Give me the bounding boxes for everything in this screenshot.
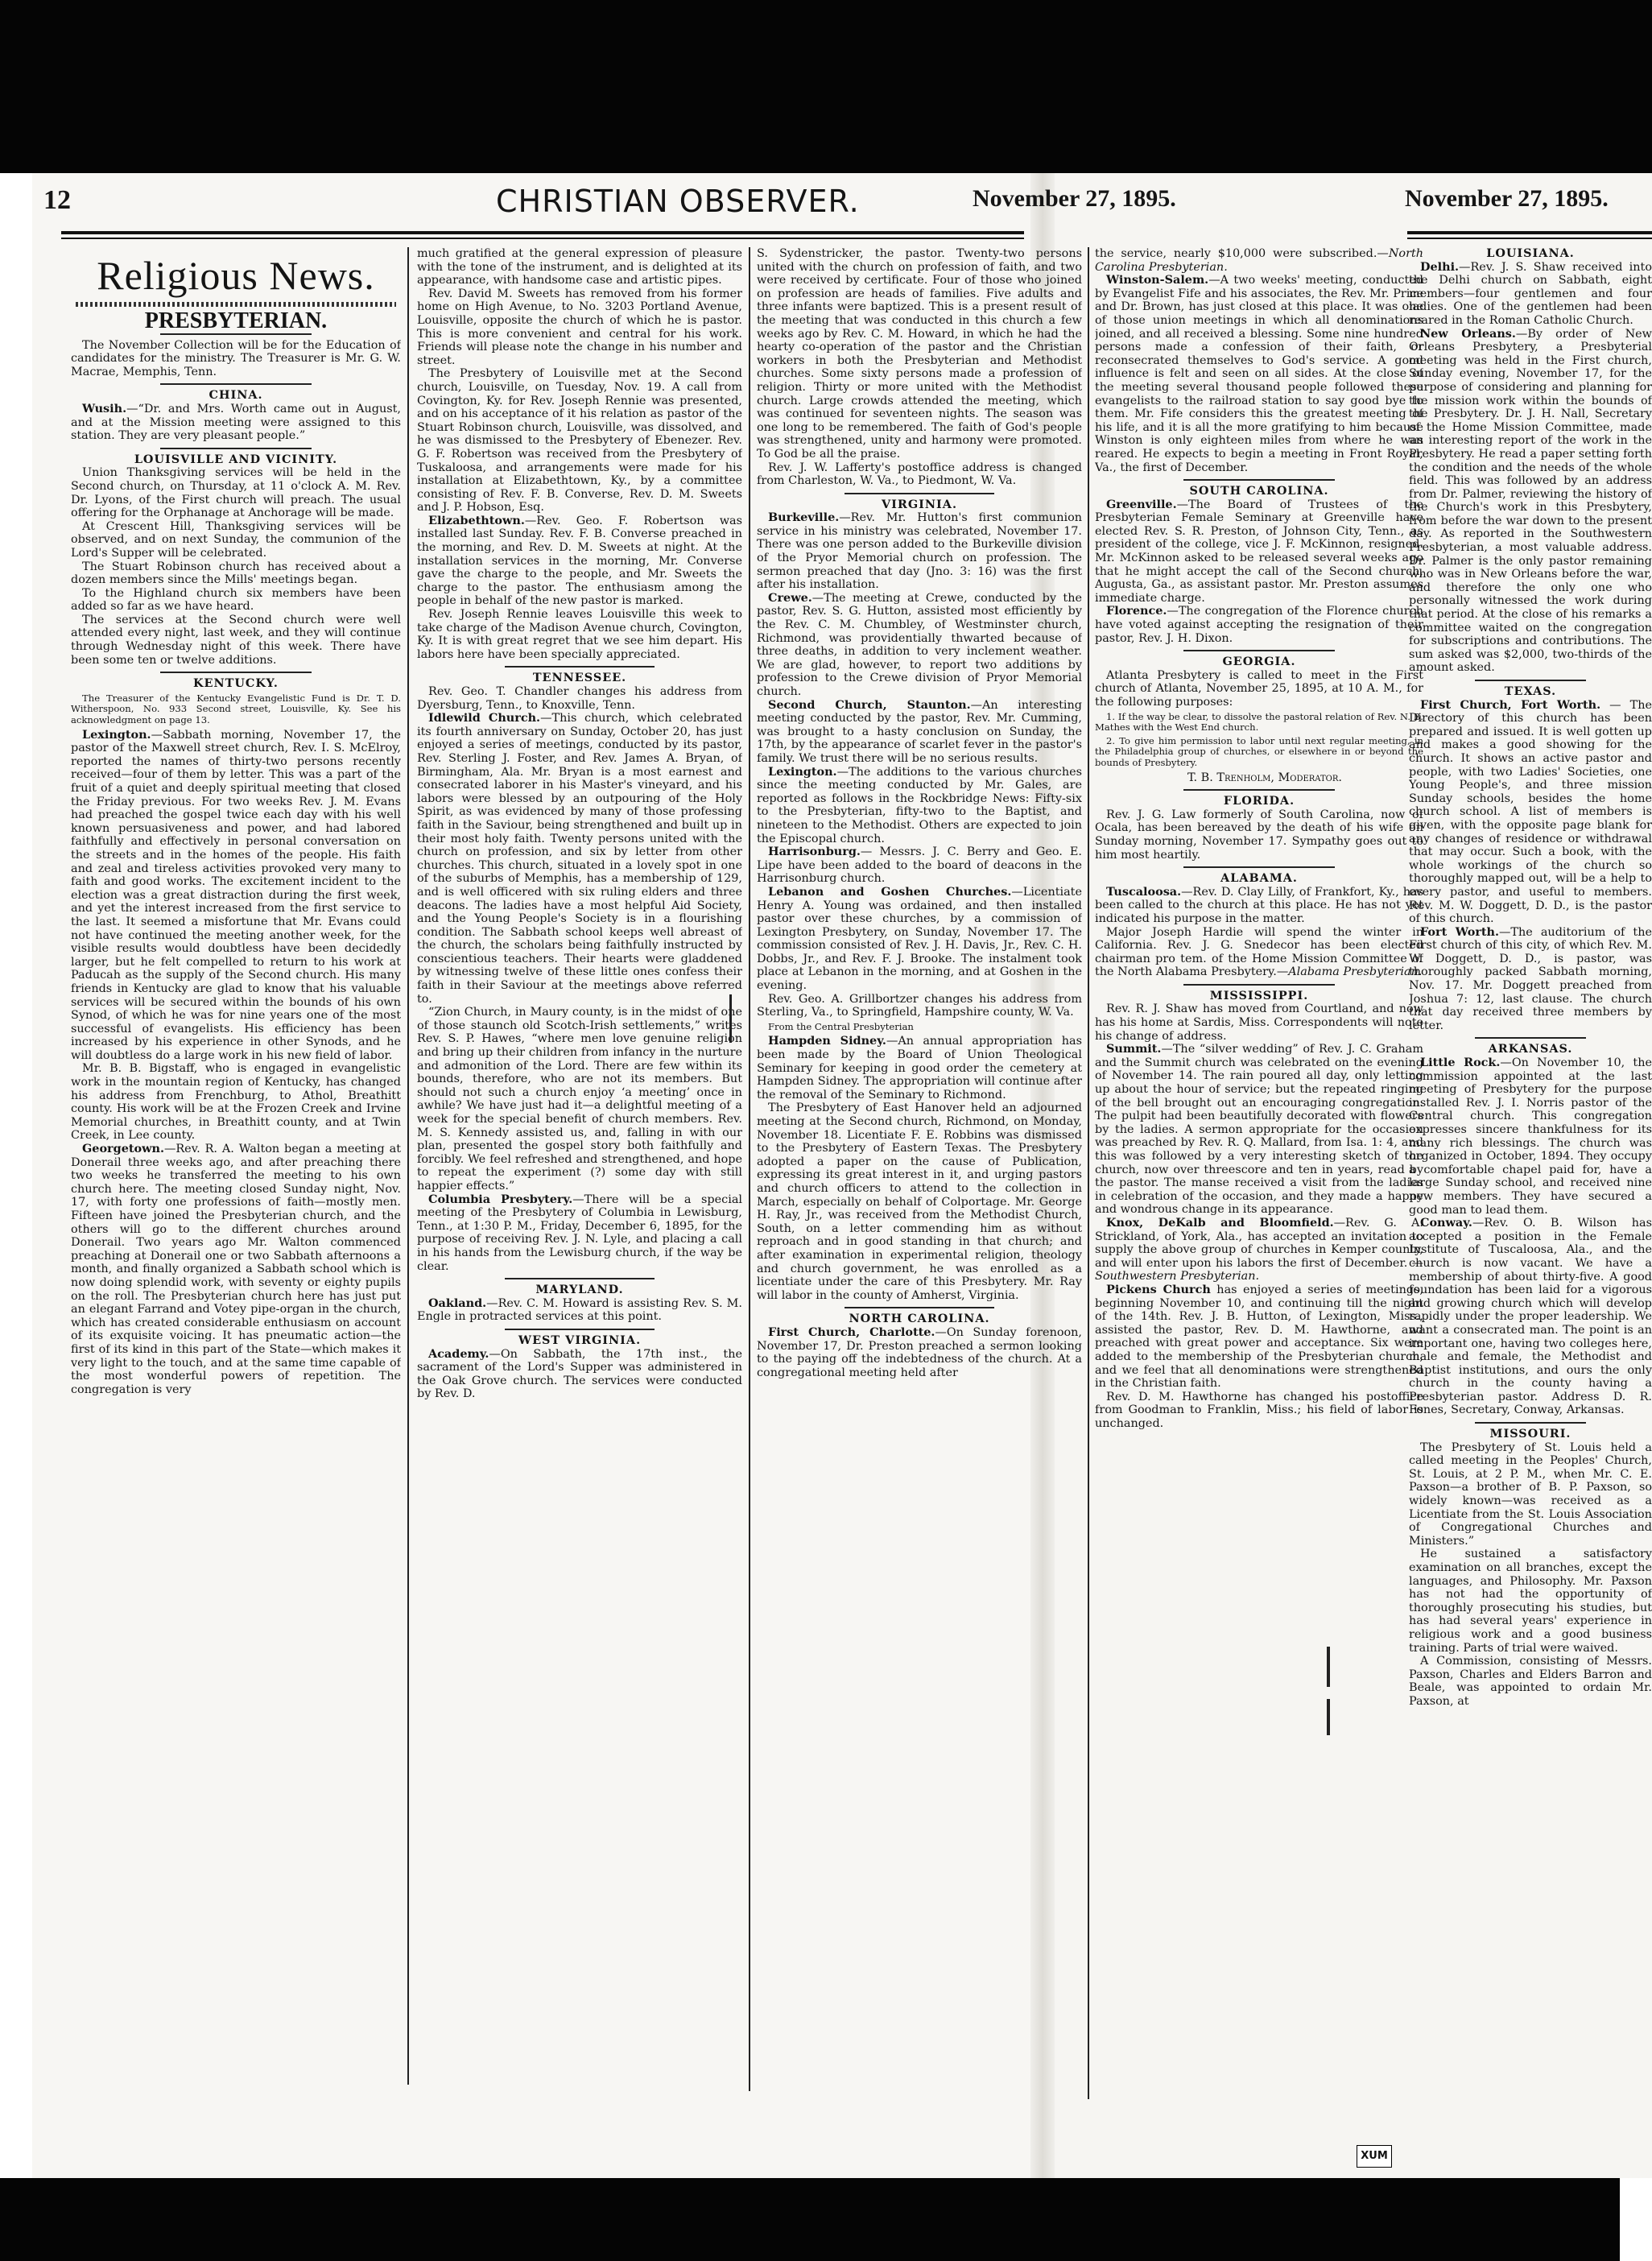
section-heading: SOUTH CAROLINA. bbox=[1095, 485, 1423, 498]
divider bbox=[1183, 866, 1335, 868]
issue-date-left: November 27, 1895. bbox=[973, 185, 1176, 213]
item-text: Union Thanksgiving services will be held… bbox=[71, 466, 401, 519]
news-item: At Crescent Hill, Thanksgiving services … bbox=[71, 520, 401, 560]
page-number: 12 bbox=[43, 185, 71, 216]
news-item: The Presbytery of East Hanover held an a… bbox=[757, 1102, 1082, 1302]
header-rule-right bbox=[1407, 231, 1652, 239]
news-item: Hampden Sidney.—An annual appropriation … bbox=[757, 1035, 1082, 1102]
news-item: Union Thanksgiving services will be held… bbox=[71, 466, 401, 519]
divider bbox=[505, 1278, 655, 1279]
ornamental-rule bbox=[76, 302, 396, 307]
item-text: S. Sydenstricker, the pastor. Twenty-two… bbox=[757, 247, 1082, 461]
divider bbox=[505, 1329, 655, 1330]
news-item: Rev. J. G. Law formerly of South Carolin… bbox=[1095, 808, 1423, 862]
item-text: —Licentiate Henry A. Young was ordained,… bbox=[757, 886, 1082, 992]
divider bbox=[1183, 984, 1335, 986]
news-item: Pickens Church has enjoyed a series of m… bbox=[1095, 1283, 1423, 1391]
news-item: Crewe.—The meeting at Crewe, conducted b… bbox=[757, 592, 1082, 699]
news-item: Second Church, Staunton.—An interesting … bbox=[757, 699, 1082, 766]
item-dateline: Elizabethtown. bbox=[428, 514, 525, 527]
newspaper-page: 12 CHRISTIAN OBSERVER. November 27, 1895… bbox=[32, 173, 1652, 2178]
scan-border-top bbox=[0, 0, 1652, 173]
item-text: Atlanta Presbytery is called to meet in … bbox=[1095, 669, 1423, 709]
item-text: The Stuart Robinson church has received … bbox=[71, 560, 401, 587]
news-item: Elizabethtown.—Rev. Geo. F. Robertson wa… bbox=[417, 515, 742, 608]
divider bbox=[1475, 1422, 1587, 1424]
column-5-partial: LOUISIANA.Delhi.—Rev. J. S. Shaw receive… bbox=[1409, 247, 1652, 2091]
item-text: —Rev. Geo. F. Robertson was installed la… bbox=[417, 515, 742, 608]
notice: From the Central Presbyterian bbox=[757, 1022, 1082, 1033]
item-text: Rev. Geo. A. Grillbortzer changes his ad… bbox=[757, 993, 1082, 1019]
item-text: The Presbytery of East Hanover held an a… bbox=[757, 1102, 1082, 1301]
item-dateline: Oakland. bbox=[428, 1296, 486, 1310]
item-text: “Zion Church, in Maury county, is in the… bbox=[417, 1006, 742, 1193]
margin-mark bbox=[729, 994, 732, 1043]
item-dateline: Georgetown. bbox=[82, 1142, 164, 1155]
divider bbox=[1475, 1037, 1587, 1039]
item-dateline: Winston-Salem. bbox=[1106, 273, 1208, 287]
scan-tag: XUM bbox=[1357, 2145, 1392, 2168]
news-item: The Presbytery of St. Louis held a calle… bbox=[1409, 1441, 1652, 1548]
section-heading: MISSISSIPPI. bbox=[1095, 990, 1423, 1003]
news-item: Knox, DeKalb and Bloomfield.—Rev. G. A. … bbox=[1095, 1217, 1423, 1283]
section-heading: WEST VIRGINIA. bbox=[417, 1334, 742, 1348]
item-dateline: Burkeville. bbox=[768, 510, 839, 524]
item-text: To the Highland church six members have … bbox=[71, 587, 401, 614]
item-dateline: Academy. bbox=[428, 1347, 489, 1361]
news-item: The Presbytery of Louisville met at the … bbox=[417, 367, 742, 515]
news-item: S. Sydenstricker, the pastor. Twenty-two… bbox=[757, 247, 1082, 461]
news-item: Florence.—The congregation of the Floren… bbox=[1095, 605, 1423, 645]
divider bbox=[1183, 479, 1335, 481]
item-dateline: Hampden Sidney. bbox=[768, 1034, 886, 1048]
item-text: The Presbytery of Louisville met at the … bbox=[417, 367, 742, 514]
item-dateline: Fort Worth. bbox=[1420, 925, 1499, 939]
section-heading: LOUISVILLE AND VICINITY. bbox=[71, 453, 401, 467]
item-dateline: Lebanon and Goshen Churches. bbox=[768, 885, 1011, 899]
news-item: Oakland.—Rev. C. M. Howard is assisting … bbox=[417, 1297, 742, 1324]
news-item: Tuscaloosa.—Rev. D. Clay Lilly, of Frank… bbox=[1095, 886, 1423, 926]
news-item: Rev. Geo. A. Grillbortzer changes his ad… bbox=[757, 993, 1082, 1019]
news-item: Fort Worth.—The auditorium of the First … bbox=[1409, 926, 1652, 1033]
divider bbox=[845, 493, 994, 494]
column-rule bbox=[749, 247, 750, 2091]
notice: 1. If the way be clear, to dissolve the … bbox=[1095, 712, 1423, 734]
news-item: “Zion Church, in Maury county, is in the… bbox=[417, 1006, 742, 1193]
news-item: the service, nearly $10,000 were subscri… bbox=[1095, 247, 1423, 274]
section-heading: TENNESSEE. bbox=[417, 672, 742, 685]
header-rule-left bbox=[61, 231, 1024, 239]
news-item: Lexington.—The additions to the various … bbox=[757, 766, 1082, 846]
news-item: Rev. D. M. Hawthorne has changed his pos… bbox=[1095, 1391, 1423, 1431]
news-item: Major Joseph Hardie will spend the winte… bbox=[1095, 926, 1423, 979]
item-dateline: Knox, DeKalb and Bloomfield. bbox=[1106, 1216, 1334, 1230]
item-text: From the Central Presbyterian bbox=[768, 1021, 914, 1032]
item-dateline: Columbia Presbytery. bbox=[428, 1193, 572, 1206]
divider bbox=[160, 672, 312, 673]
item-dateline: New Orleans. bbox=[1420, 327, 1516, 341]
divider bbox=[160, 383, 312, 385]
column-rule bbox=[1088, 247, 1089, 2099]
section-heading: ARKANSAS. bbox=[1409, 1043, 1652, 1056]
item-text: the service, nearly $10,000 were subscri… bbox=[1095, 247, 1389, 260]
item-source: Southwestern Presbyterian. bbox=[1095, 1270, 1259, 1283]
item-source: Alabama Presbyterian. bbox=[1288, 965, 1422, 978]
item-dateline: Greenville. bbox=[1106, 498, 1177, 511]
item-text: Rev. Geo. T. Chandler changes his addres… bbox=[417, 685, 742, 712]
item-text: Rev. David M. Sweets has removed from hi… bbox=[417, 287, 742, 367]
issue-date-right: November 27, 1895. bbox=[1405, 185, 1609, 213]
item-text: —The “silver wedding” of Rev. J. C. Grah… bbox=[1095, 1043, 1423, 1216]
section-title: Religious News. bbox=[71, 252, 401, 299]
section-heading: ALABAMA. bbox=[1095, 872, 1423, 886]
column-2: much gratified at the general expression… bbox=[417, 247, 742, 2099]
column-4: the service, nearly $10,000 were subscri… bbox=[1095, 247, 1423, 1761]
item-dateline: Delhi. bbox=[1420, 260, 1459, 274]
notice: 2. To give him permission to labor until… bbox=[1095, 736, 1423, 769]
item-dateline: Idlewild Church. bbox=[428, 711, 540, 725]
section-heading: CHINA. bbox=[71, 389, 401, 403]
item-text: has enjoyed a series of meetings, beginn… bbox=[1095, 1283, 1423, 1390]
news-item: Rev. J. W. Lafferty's postoffice address… bbox=[757, 461, 1082, 488]
section-heading: LOUISIANA. bbox=[1409, 247, 1652, 261]
item-dateline: Wusih. bbox=[82, 402, 126, 415]
news-item: Rev. David M. Sweets has removed from hi… bbox=[417, 287, 742, 368]
scan-edge bbox=[1620, 2178, 1652, 2261]
item-text: 2. To give him permission to labor until… bbox=[1095, 735, 1423, 768]
signature: T. B. Trenholm, Moderator. bbox=[1095, 771, 1423, 785]
item-dateline: First Church, Fort Worth. bbox=[1420, 698, 1600, 712]
divider bbox=[1183, 789, 1335, 791]
item-text: — The Directory of this church has been … bbox=[1409, 699, 1652, 926]
item-text: The services at the Second church were w… bbox=[71, 614, 401, 667]
news-item: Burkeville.—Rev. Mr. Hutton's first comm… bbox=[757, 511, 1082, 592]
notice: The Treasurer of the Kentucky Evangelist… bbox=[71, 693, 401, 726]
section-heading: KENTUCKY. bbox=[71, 677, 401, 691]
item-text: The Treasurer of the Kentucky Evangelist… bbox=[71, 692, 401, 725]
margin-mark bbox=[1327, 1647, 1330, 1687]
item-text: The November Collection will be for the … bbox=[71, 339, 401, 378]
item-dateline: Lexington. bbox=[82, 728, 151, 742]
news-item: Wusih.—“Dr. and Mrs. Worth came out in A… bbox=[71, 403, 401, 443]
news-item: Harrisonburg.— Messrs. J. C. Berry and G… bbox=[757, 845, 1082, 886]
item-text: A Commission, consisting of Messrs. Paxs… bbox=[1409, 1655, 1652, 1708]
item-text: much gratified at the general expression… bbox=[417, 247, 742, 287]
item-text: At Crescent Hill, Thanksgiving services … bbox=[71, 520, 401, 560]
item-text: —The auditorium of the First church of t… bbox=[1409, 926, 1652, 1032]
news-item: Rev. Joseph Rennie leaves Louisville thi… bbox=[417, 608, 742, 661]
divider bbox=[845, 1307, 994, 1308]
item-text: —The Board of Trustees of the Presbyteri… bbox=[1095, 498, 1423, 605]
subsection-title: PRESBYTERIAN. bbox=[71, 315, 401, 329]
item-text: —Rev. R. A. Walton began a meeting at Do… bbox=[71, 1143, 401, 1396]
news-item: New Orleans.—By order of New Orleans Pre… bbox=[1409, 328, 1652, 675]
masthead: CHRISTIAN OBSERVER. bbox=[496, 184, 860, 219]
news-item: Summit.—The “silver wedding” of Rev. J. … bbox=[1095, 1043, 1423, 1217]
news-item: Winston-Salem.—A two weeks' meeting, con… bbox=[1095, 274, 1423, 474]
news-item: much gratified at the general expression… bbox=[417, 247, 742, 287]
item-text: Rev. R. J. Shaw has moved from Courtland… bbox=[1095, 1002, 1423, 1042]
news-item: The services at the Second church were w… bbox=[71, 614, 401, 667]
divider bbox=[505, 666, 655, 668]
item-text: —Rev. O. B. Wilson has accepted a positi… bbox=[1409, 1217, 1652, 1416]
item-text: 1. If the way be clear, to dissolve the … bbox=[1095, 711, 1423, 734]
section-heading: FLORIDA. bbox=[1095, 795, 1423, 808]
news-item: Atlanta Presbytery is called to meet in … bbox=[1095, 669, 1423, 709]
column-1: Religious News. PRESBYTERIAN. The Novemb… bbox=[71, 247, 401, 2099]
item-dateline: Florence. bbox=[1106, 604, 1167, 618]
item-dateline: Crewe. bbox=[768, 591, 812, 605]
news-item: Columbia Presbytery.—There will be a spe… bbox=[417, 1193, 742, 1274]
news-item: Georgetown.—Rev. R. A. Walton began a me… bbox=[71, 1143, 401, 1396]
news-item: Academy.—On Sabbath, the 17th inst., the… bbox=[417, 1348, 742, 1401]
item-text: Rev. Joseph Rennie leaves Louisville thi… bbox=[417, 608, 742, 661]
news-item: Delhi.—Rev. J. S. Shaw received into the… bbox=[1409, 261, 1652, 328]
item-text: —This church, which celebrated its fourt… bbox=[417, 712, 742, 1005]
item-text: —The meeting at Crewe, conducted by the … bbox=[757, 592, 1082, 698]
news-item: To the Highland church six members have … bbox=[71, 587, 401, 614]
section-heading: MARYLAND. bbox=[417, 1283, 742, 1297]
item-dateline: Lexington. bbox=[768, 765, 837, 779]
news-item: Rev. Geo. T. Chandler changes his addres… bbox=[417, 685, 742, 712]
news-item: Mr. B. B. Bigstaff, who is engaged in ev… bbox=[71, 1062, 401, 1143]
item-dateline: Tuscaloosa. bbox=[1106, 885, 1181, 899]
section-heading: NORTH CAROLINA. bbox=[757, 1312, 1082, 1326]
item-text: —By order of New Orleans Presbytery, a P… bbox=[1409, 328, 1652, 675]
news-item: The Stuart Robinson church has received … bbox=[71, 560, 401, 587]
news-item: Conway.—Rev. O. B. Wilson has accepted a… bbox=[1409, 1217, 1652, 1417]
item-text: Rev. J. W. Lafferty's postoffice address… bbox=[757, 461, 1082, 488]
item-dateline: Second Church, Staunton. bbox=[768, 698, 971, 712]
item-dateline: Summit. bbox=[1106, 1042, 1161, 1056]
news-item: Rev. R. J. Shaw has moved from Courtland… bbox=[1095, 1002, 1423, 1043]
news-item: A Commission, consisting of Messrs. Paxs… bbox=[1409, 1655, 1652, 1708]
section-heading: MISSOURI. bbox=[1409, 1428, 1652, 1441]
column-3: S. Sydenstricker, the pastor. Twenty-two… bbox=[757, 247, 1082, 2099]
item-dateline: Little Rock. bbox=[1420, 1056, 1500, 1069]
item-text: —A two weeks' meeting, conducted by Evan… bbox=[1095, 274, 1423, 473]
news-item: Greenville.—The Board of Trustees of the… bbox=[1095, 498, 1423, 606]
divider bbox=[160, 448, 312, 449]
item-text: Rev. J. G. Law formerly of South Carolin… bbox=[1095, 808, 1423, 862]
scan-border-bottom bbox=[0, 2178, 1652, 2261]
item-dateline: Harrisonburg. bbox=[768, 845, 861, 858]
item-dateline: Conway. bbox=[1420, 1216, 1472, 1230]
section-heading: GEORGIA. bbox=[1095, 655, 1423, 669]
item-text: Mr. B. B. Bigstaff, who is engaged in ev… bbox=[71, 1062, 401, 1142]
item-dateline: Pickens Church bbox=[1106, 1283, 1211, 1296]
news-item: Lexington.—Sabbath morning, November 17,… bbox=[71, 729, 401, 1063]
news-item: First Church, Fort Worth. — The Director… bbox=[1409, 699, 1652, 926]
news-item: First Church, Charlotte.—On Sunday foren… bbox=[757, 1326, 1082, 1379]
news-item: He sustained a satisfactory examination … bbox=[1409, 1548, 1652, 1655]
item-text: Rev. D. M. Hawthorne has changed his pos… bbox=[1095, 1391, 1423, 1430]
column-rule bbox=[407, 247, 409, 2085]
item-text: —On November 10, the commission appointe… bbox=[1409, 1056, 1652, 1217]
item-dateline: First Church, Charlotte. bbox=[768, 1325, 935, 1339]
news-item: Little Rock.—On November 10, the commiss… bbox=[1409, 1056, 1652, 1217]
divider bbox=[1475, 680, 1587, 681]
margin-mark bbox=[1327, 1699, 1330, 1735]
item-text: —Sabbath morning, November 17, the pasto… bbox=[71, 729, 401, 1062]
item-text: The Presbytery of St. Louis held a calle… bbox=[1409, 1441, 1652, 1548]
section-heading: VIRGINIA. bbox=[757, 498, 1082, 512]
news-item: The November Collection will be for the … bbox=[71, 339, 401, 379]
item-text: He sustained a satisfactory examination … bbox=[1409, 1548, 1652, 1654]
news-item: Lebanon and Goshen Churches.—Licentiate … bbox=[757, 886, 1082, 993]
news-item: Idlewild Church.—This church, which cele… bbox=[417, 712, 742, 1006]
section-heading: TEXAS. bbox=[1409, 685, 1652, 699]
divider bbox=[1183, 650, 1335, 651]
